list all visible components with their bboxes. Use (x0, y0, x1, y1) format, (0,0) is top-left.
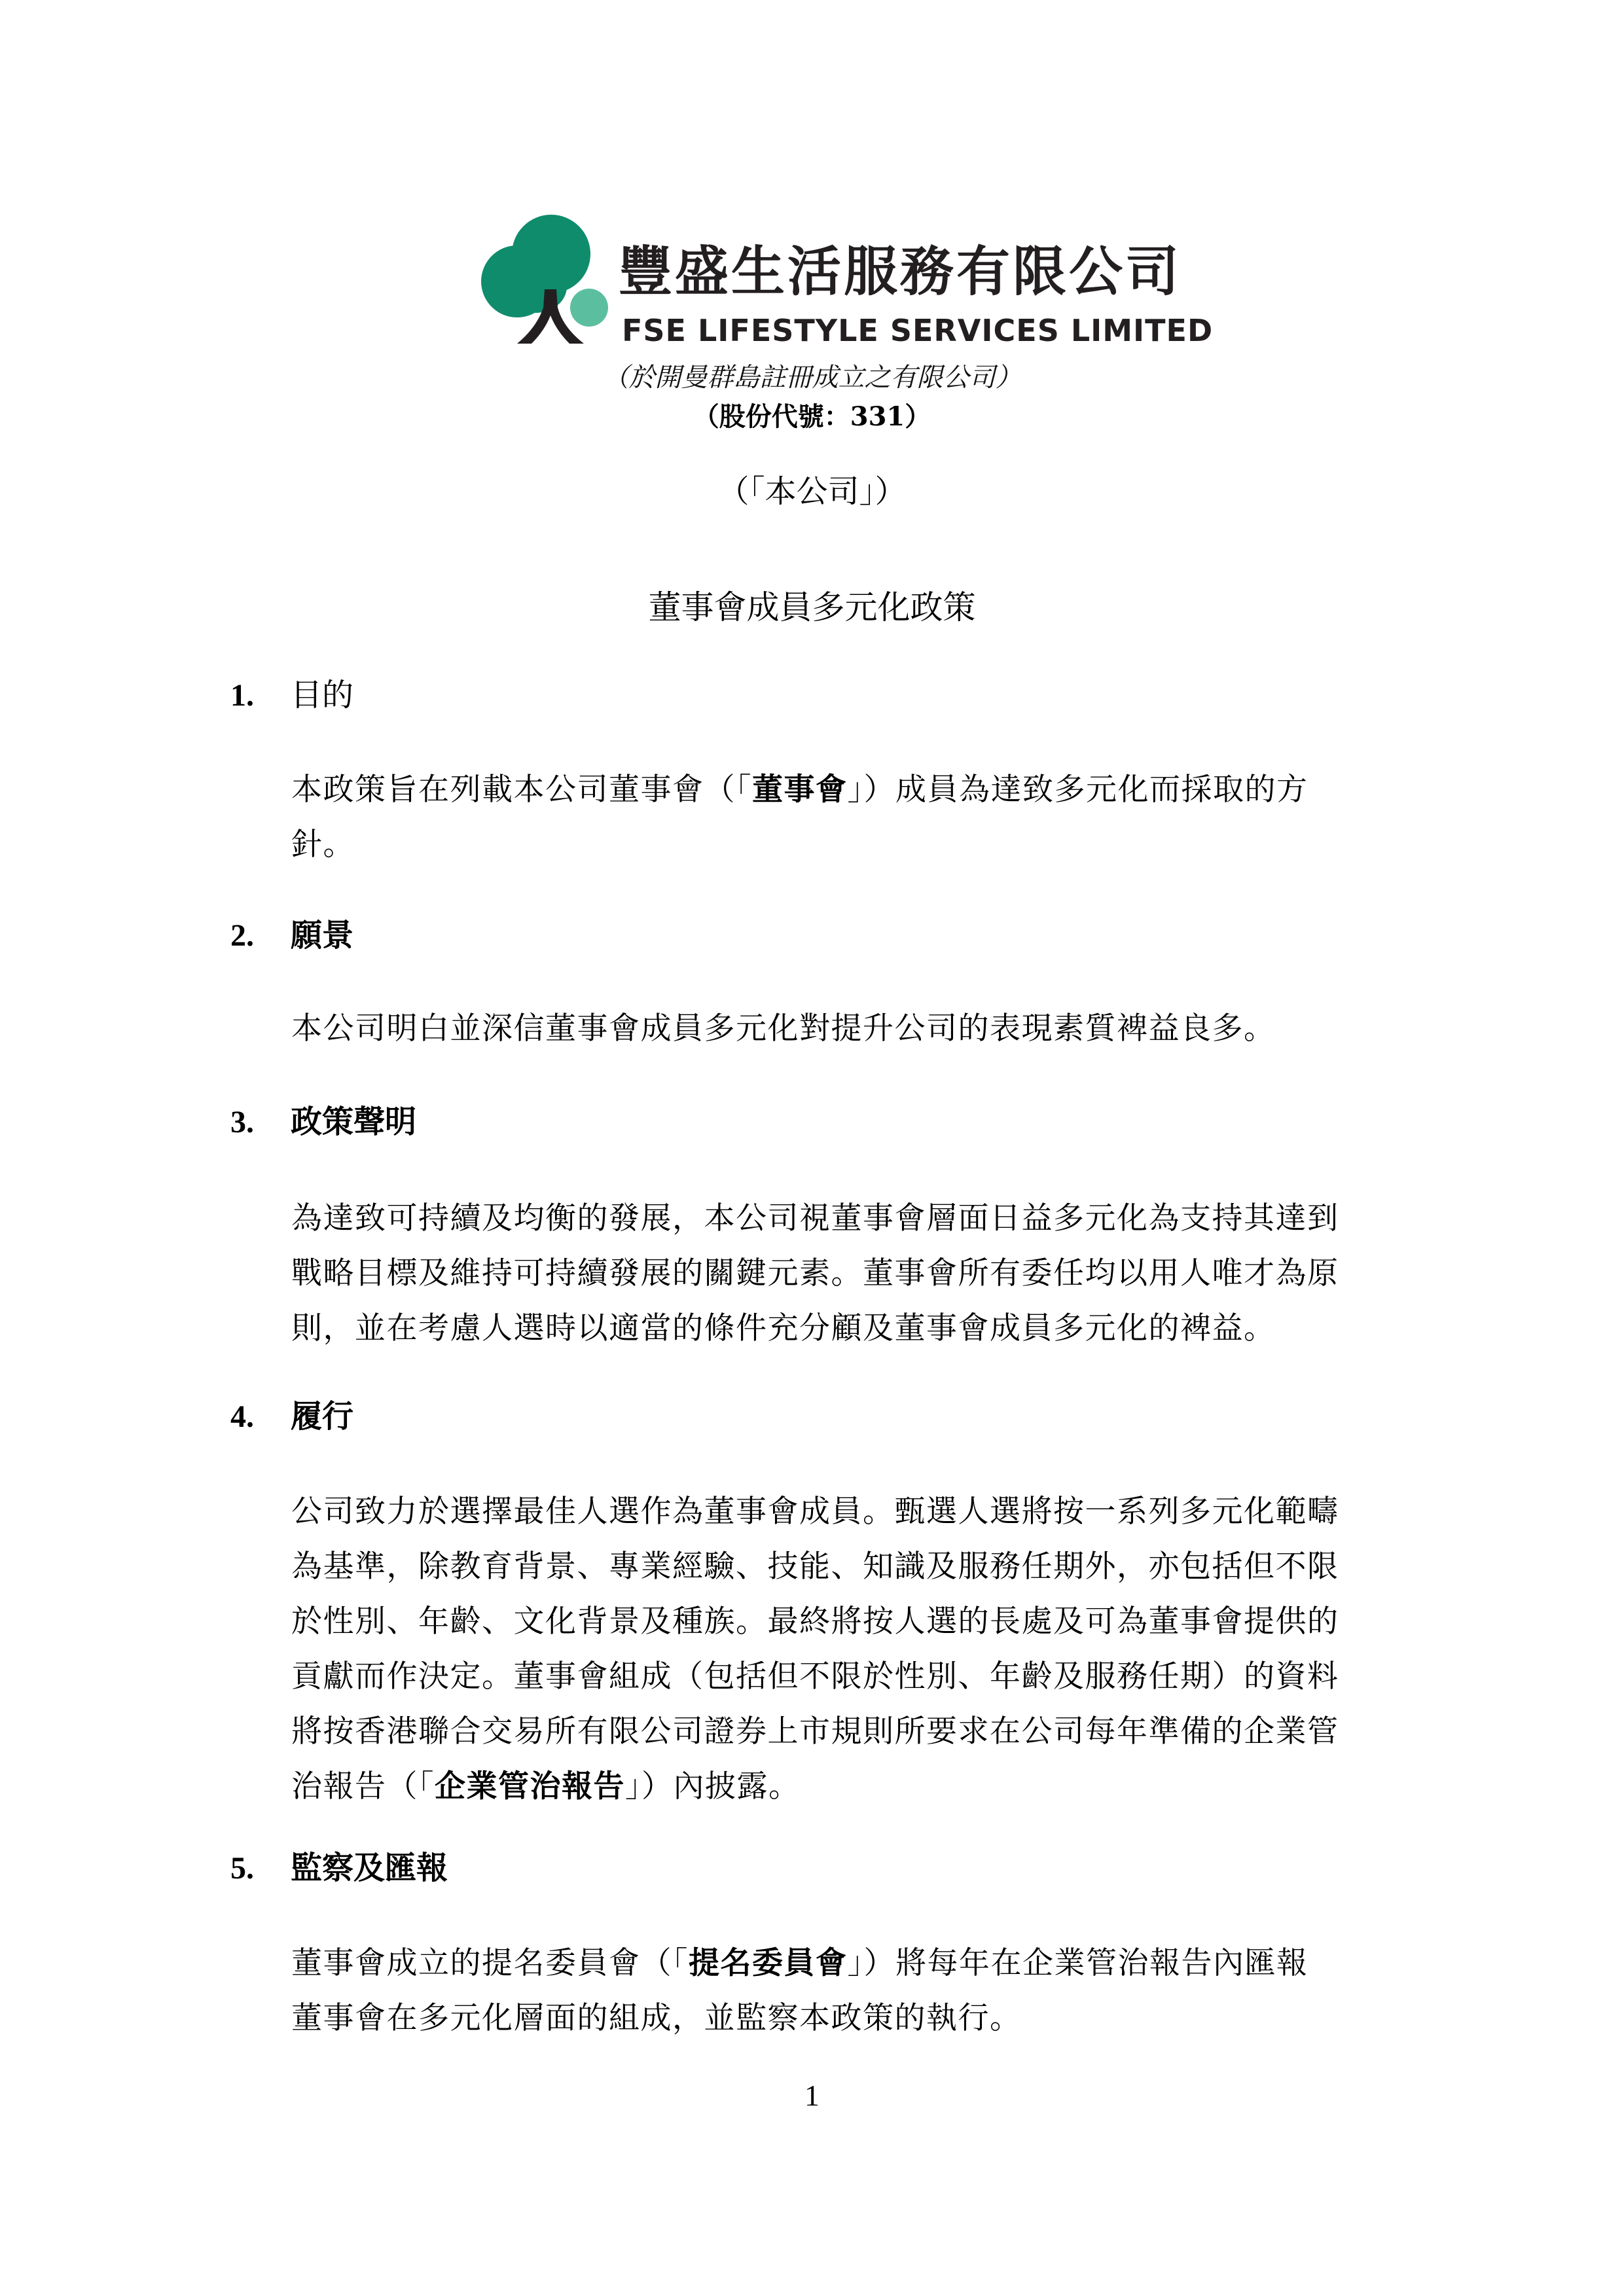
section-title: 監察及匯報 (291, 1850, 448, 1886)
defined-term: 董事會 (752, 772, 848, 808)
tree-logo-icon (471, 209, 628, 353)
section-body-policy-statement: 為達致可持續及均衡的發展，本公司視董事會層面日益多元化為支持其達到 戰略目標及維… (291, 1191, 1398, 1356)
section-title: 政策聲明 (291, 1103, 416, 1140)
logo-name-english: FSE LIFESTYLE SERVICES LIMITED (622, 315, 1213, 346)
paragraph-line: 董事會成立的提名委員會（「提名委員會」）將每年在企業管治報告內匯報 (291, 1936, 1398, 1991)
paragraph-line: 公司致力於選擇最佳人選作為董事會成員。甄選人選將按一系列多元化範疇 (291, 1484, 1398, 1539)
section-heading-vision: 2.願景 (230, 920, 353, 952)
defined-term: 企業管治報告 (435, 1768, 625, 1804)
paragraph-line: 則，並在考慮人選時以適當的條件充分顧及董事會成員多元化的裨益。 (291, 1301, 1398, 1356)
paragraph-line: 針。 (291, 817, 1398, 872)
paragraph-line: 治報告（「企業管治報告」）內披露。 (291, 1759, 1398, 1814)
logo-name-chinese: 豐盛生活服務有限公司 (619, 245, 1182, 299)
section-title: 願景 (291, 917, 353, 954)
section-number: 1. (230, 680, 291, 711)
section-number: 4. (230, 1401, 291, 1433)
paragraph-line: 將按香港聯合交易所有限公司證券上市規則所要求在公司每年準備的企業管 (291, 1704, 1398, 1759)
section-heading-monitoring-reporting: 5.監察及匯報 (230, 1852, 448, 1884)
section-body-monitoring-reporting: 董事會成立的提名委員會（「提名委員會」）將每年在企業管治報告內匯報 董事會在多元… (291, 1936, 1398, 2046)
paragraph-line: 為達致可持續及均衡的發展，本公司視董事會層面日益多元化為支持其達到 (291, 1191, 1398, 1246)
company-definition: （「本公司」） (0, 466, 1624, 511)
section-heading-purpose: 1.目的 (230, 679, 353, 711)
section-body-vision: 本公司明白並深信董事會成員多元化對提升公司的表現素質裨益良多。 (291, 1001, 1398, 1056)
section-body-purpose: 本政策旨在列載本公司董事會（「董事會」）成員為達致多元化而採取的方 針。 (291, 762, 1398, 872)
section-number: 2. (230, 920, 291, 952)
document-title: 董事會成員多元化政策 (0, 581, 1624, 628)
page-number: 1 (0, 2078, 1624, 2113)
section-heading-implementation: 4.履行 (230, 1401, 353, 1433)
stock-code: （股份代號：331） (0, 396, 1624, 433)
paragraph-line: 戰略目標及維持可持續發展的關鍵元素。董事會所有委任均以用人唯才為原 (291, 1246, 1398, 1301)
paragraph-line: 為基準，除教育背景、專業經驗、技能、知識及服務任期外，亦包括但不限 (291, 1539, 1398, 1594)
company-logo: 豐盛生活服務有限公司 FSE LIFESTYLE SERVICES LIMITE… (471, 209, 1165, 353)
incorporation-note: （於開曼群島註冊成立之有限公司） (0, 357, 1624, 394)
section-body-implementation: 公司致力於選擇最佳人選作為董事會成員。甄選人選將按一系列多元化範疇 為基準，除教… (291, 1484, 1398, 1814)
section-title: 目的 (291, 677, 353, 713)
section-title: 履行 (291, 1398, 353, 1435)
paragraph-line: 董事會在多元化層面的組成，並監察本政策的執行。 (291, 1991, 1398, 2046)
section-number: 5. (230, 1853, 291, 1884)
defined-term: 提名委員會 (689, 1945, 848, 1981)
section-heading-policy-statement: 3.政策聲明 (230, 1106, 416, 1138)
paragraph-line: 於性別、年齡、文化背景及種族。最終將按人選的長處及可為董事會提供的 (291, 1594, 1398, 1649)
paragraph-line: 貢獻而作決定。董事會組成（包括但不限於性別、年齡及服務任期）的資料 (291, 1649, 1398, 1704)
paragraph-line: 本公司明白並深信董事會成員多元化對提升公司的表現素質裨益良多。 (291, 1001, 1398, 1056)
paragraph-line: 本政策旨在列載本公司董事會（「董事會」）成員為達致多元化而採取的方 (291, 762, 1398, 817)
section-number: 3. (230, 1107, 291, 1138)
